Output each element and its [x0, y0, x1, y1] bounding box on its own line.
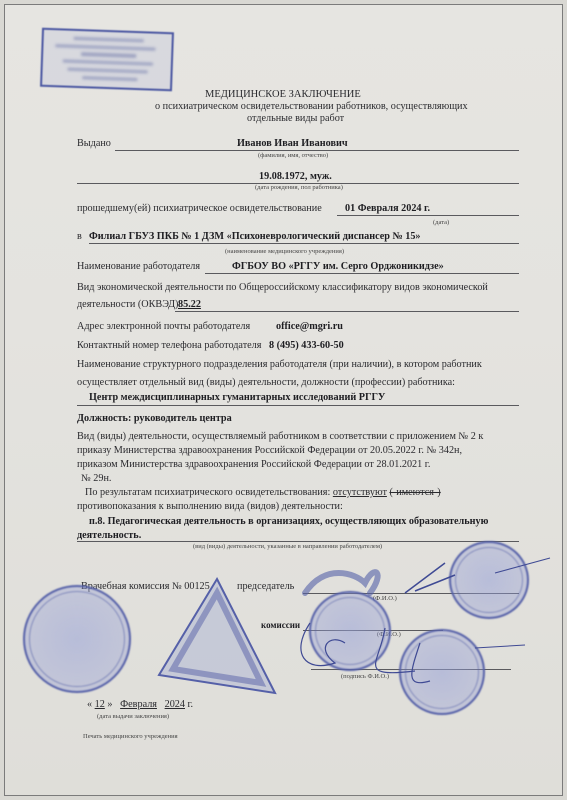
division-name: Центр междисциплинарных гуманитарных исс…: [89, 392, 385, 404]
birth-sex-caption: (дата рождения, пол работника): [255, 184, 343, 192]
document-subtitle-line1: о психиатрическом освидетельствовании ра…: [155, 101, 468, 113]
activity-caption: (вид (виды) деятельности, указанные в на…: [193, 543, 382, 551]
position: Должность: руководитель центра: [77, 413, 232, 425]
quote-close: »: [107, 699, 112, 710]
name-underline: [115, 150, 519, 151]
employer-name: ФГБОУ ВО «РГГУ им. Серго Орджоникидзе»: [232, 261, 444, 273]
okved-label-line1: Вид экономической деятельности по Общеро…: [77, 282, 488, 294]
institution-round-seal: [23, 585, 131, 693]
issue-year: 2024: [165, 699, 185, 710]
result-suffix: противопоказания к выполнению вида (видо…: [77, 501, 343, 513]
quote-open: «: [87, 699, 92, 710]
division-underline: [77, 405, 519, 406]
result-prefix: По результатам психиатрического освидете…: [85, 487, 330, 498]
okved-underline: [175, 311, 519, 312]
activity-text-line1: Вид (виды) деятельности, осуществляемый …: [77, 431, 483, 443]
issue-day: 12: [95, 699, 105, 710]
issue-year-suffix: г.: [188, 699, 194, 710]
employer-name-label: Наименование работодателя: [77, 261, 200, 273]
activity-text-line3: приказом Министерства здравоохранения Ро…: [77, 459, 430, 471]
activity-item-line1: п.8. Педагогическая деятельность в орган…: [89, 516, 488, 528]
seal-caption: Печать медицинского учреждения: [83, 733, 178, 741]
examination-date: 01 Февраля 2024 г.: [345, 203, 430, 215]
issue-month: Февраля: [120, 699, 157, 710]
document-subtitle-line2: отдельные виды работ: [247, 113, 344, 125]
email-label: Адрес электронной почты работодателя: [77, 321, 250, 333]
issue-date-caption: (дата выдачи заключения): [97, 713, 169, 721]
division-label-line2: осуществляет отдельный вид (виды) деятел…: [77, 377, 455, 389]
result-line: По результатам психиатрического освидете…: [85, 487, 441, 499]
document-title: МЕДИЦИНСКОЕ ЗАКЛЮЧЕНИЕ: [205, 89, 361, 101]
examination-date-caption: (дата): [433, 219, 449, 227]
rectangular-stamp: [40, 28, 174, 92]
examination-label: прошедшему(ей) психиатрическое освидетел…: [77, 203, 322, 215]
full-name-caption: (фамилия, имя, отчество): [258, 152, 328, 160]
full-name: Иванов Иван Иванович: [237, 138, 348, 150]
okved-label-line2: деятельности (ОКВЭД): [77, 299, 178, 311]
institution-underline: [89, 243, 519, 244]
result-absent: отсутствуют: [333, 487, 387, 498]
activity-text-line4: № 29н.: [81, 473, 111, 485]
institution-in-label: в: [77, 231, 82, 243]
employer-underline: [205, 273, 519, 274]
phone-label: Контактный номер телефона работодателя: [77, 340, 261, 352]
document-page: МЕДИЦИНСКОЕ ЗАКЛЮЧЕНИЕ о психиатрическом…: [4, 4, 563, 796]
activity-text-line2: приказу Министерства здравоохранения Рос…: [77, 445, 462, 457]
issued-label: Выдано: [77, 138, 111, 150]
result-present-struck: (-имеются-): [389, 487, 440, 498]
employer-phone: 8 (495) 433-60-50: [269, 340, 344, 352]
employer-email: office@mgri.ru: [276, 321, 343, 333]
exam-date-underline: [337, 215, 519, 216]
triangular-stamp: [155, 575, 280, 700]
activity-underline: [77, 541, 519, 542]
division-label-line1: Наименование структурного подразделения …: [77, 359, 482, 371]
issue-date-line: « 12 » Февраля 2024 г.: [87, 699, 193, 711]
institution-caption: (наименование медицинского учреждения): [225, 248, 344, 256]
okved-code: 85.22: [178, 299, 201, 311]
institution: Филиал ГБУЗ ПКБ № 1 ДЗМ «Психоневрологич…: [89, 231, 421, 243]
birth-sex: 19.08.1972, муж.: [259, 171, 332, 183]
signatures-icon: [295, 553, 555, 713]
